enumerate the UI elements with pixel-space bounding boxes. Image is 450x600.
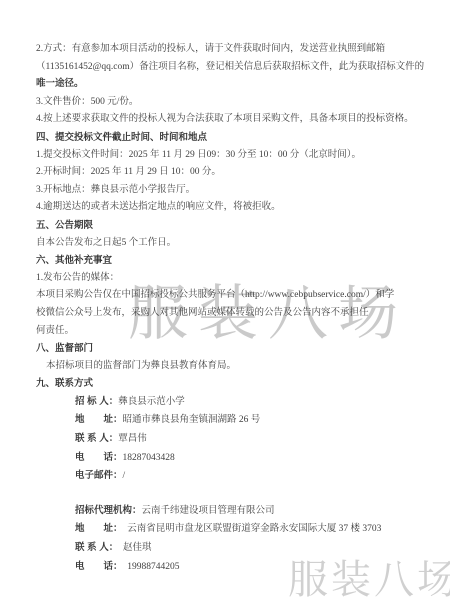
phone-row: 电 话：18287043428 xyxy=(36,449,426,468)
document-body: 2.方式：有意参加本项目活动的投标人，请于文件获取时间内，发送营业执照到邮箱 （… xyxy=(36,41,426,576)
media-paragraph-2: 校微信公众号上发布，采购人对其他网站或媒体转载的公告及公告内容不承担任 xyxy=(36,305,426,323)
tender-announcement-page: 服装八场 服装八场 2.方式：有意参加本项目活动的投标人，请于文件获取时间内，发… xyxy=(0,0,450,600)
address-value: 昭通市彝良县角奎镇洄湖路 26 号 xyxy=(123,415,261,425)
announcement-period-line: 自本公告发布之日起5 个工作日。 xyxy=(36,235,426,253)
tenderer-label: 招 标 人： xyxy=(75,396,118,407)
address-label: 地 址： xyxy=(75,414,123,425)
submission-deadline-line: 1.提交投标文件时间：2025 年 11 月 29 日09：30 分至 10：0… xyxy=(36,147,426,165)
document-price-line: 3.文件售价：500 元/份。 xyxy=(36,94,426,112)
address-row: 地 址：昭通市彝良县角奎镇洄湖路 26 号 xyxy=(36,411,426,430)
agency-address-row: 地 址： 云南省昆明市盘龙区联盟街道穿金路永安国际大厦 37 楼 3703 xyxy=(36,520,426,539)
media-paragraph-1: 本项目采购公告仅在中国招标投标公共服务平台（http://www.cebpubs… xyxy=(36,287,426,305)
agency-phone-row: 电 话： 19988744205 xyxy=(36,558,426,577)
media-item-line: 1.发布公告的媒体： xyxy=(36,270,426,288)
method-line-2-email: （1135161452@qq.com）备注项目名称，登记相关信息后获取招标文件，… xyxy=(36,59,426,77)
agency-contact-label: 联 系 人： xyxy=(75,542,114,553)
contact-person-value: 覃昌伟 xyxy=(118,434,147,444)
agency-phone-label: 电 话： xyxy=(75,561,118,572)
agency-address-value: 云南省昆明市盘龙区联盟街道穿金路永安国际大厦 37 楼 3703 xyxy=(118,524,382,534)
section-5-title: 五、公告期限 xyxy=(36,217,426,235)
agency-value: 云南千纬建设项目管理有限公司 xyxy=(142,506,275,516)
method-line-1: 2.方式：有意参加本项目活动的投标人，请于文件获取时间内，发送营业执照到邮箱 xyxy=(36,41,426,59)
contact-person-row: 联 系 人：覃昌伟 xyxy=(36,430,426,449)
email-value: / xyxy=(123,471,126,481)
tenderer-row: 招 标 人：彝良县示范小学 xyxy=(36,393,426,412)
agency-row: 招标代理机构：云南千纬建设项目管理有限公司 xyxy=(36,502,426,521)
media-paragraph-3: 何责任。 xyxy=(36,323,426,341)
section-8-title: 八、监督部门 xyxy=(36,340,426,358)
agency-contact-value: 赵佳琪 xyxy=(114,543,152,553)
section-6-title: 六、其他补充事宜 xyxy=(36,252,426,270)
tenderer-value: 彝良县示范小学 xyxy=(118,397,185,407)
email-row: 电子邮件：/ xyxy=(36,467,426,486)
agency-address-label: 地 址： xyxy=(75,523,118,534)
agency-contact-row: 联 系 人： 赵佳琪 xyxy=(36,539,426,558)
qualification-line: 4.按上述要求获取文件的投标人视为合法获取了本项目采购文件，具备本项目的投标资格… xyxy=(36,111,426,129)
phone-value: 18287043428 xyxy=(123,453,175,463)
bid-opening-time-line: 2.开标时间：2025 年 11 月 29 日 10：00 分。 xyxy=(36,164,426,182)
email-label: 电子邮件： xyxy=(75,470,123,481)
blank-line xyxy=(36,486,426,502)
supervision-department-line: 本招标项目的监督部门为彝良县教育体育局。 xyxy=(36,358,426,376)
section-9-title: 九、联系方式 xyxy=(36,375,426,393)
method-line-3-emphasis: 唯一途径。 xyxy=(36,76,426,94)
contact-person-label: 联 系 人： xyxy=(75,433,118,444)
agency-label: 招标代理机构： xyxy=(75,505,142,516)
section-4-title: 四、提交投标文件截止时间、时间和地点 xyxy=(36,129,426,147)
phone-label: 电 话： xyxy=(75,452,123,463)
late-delivery-line: 4.逾期送达的或者未送达指定地点的响应文件，将被拒收。 xyxy=(36,199,426,217)
agency-phone-value: 19988744205 xyxy=(118,562,180,572)
bid-opening-place-line: 3.开标地点：彝良县示范小学报告厅。 xyxy=(36,182,426,200)
